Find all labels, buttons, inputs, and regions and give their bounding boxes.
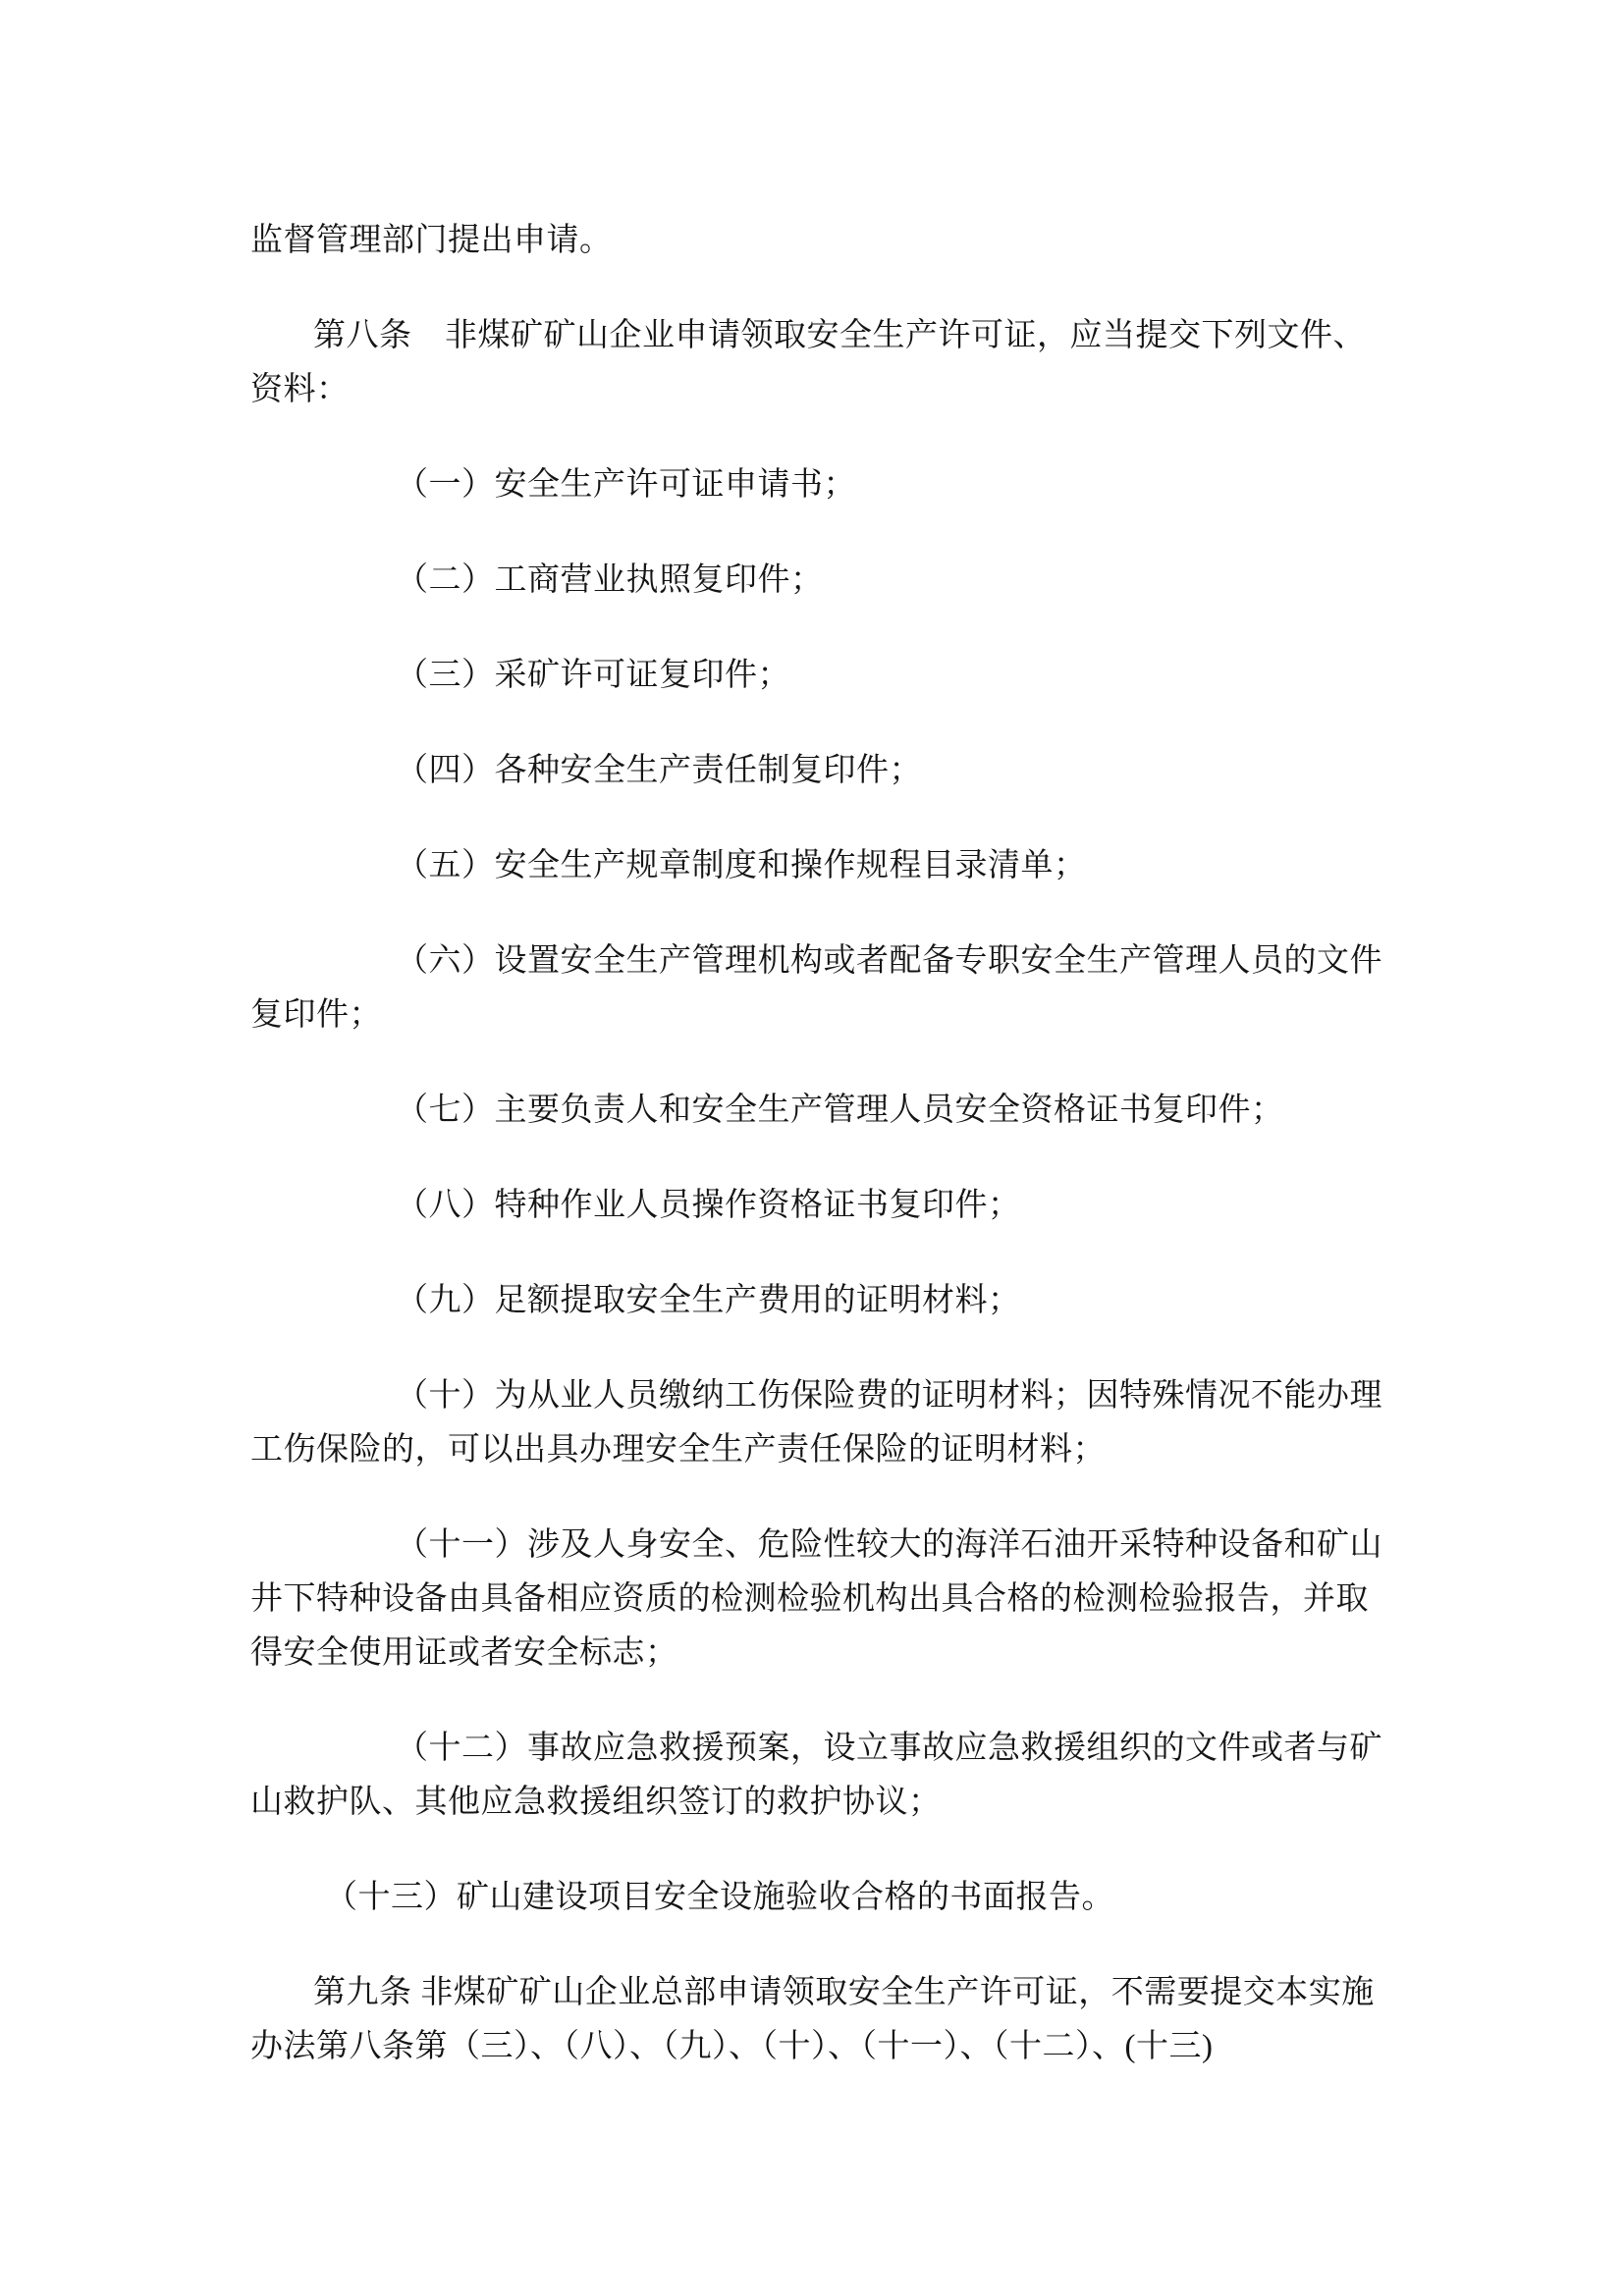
text-line: 得安全使用证或者安全标志；: [250, 1627, 1419, 1681]
paragraph: 第八条 非煤矿矿山企业申请领取安全生产许可证，应当提交下列文件、资料：: [250, 309, 1419, 417]
text-line: （十一）涉及人身安全、危险性较大的海洋石油开采特种设备和矿山: [250, 1519, 1419, 1573]
paragraph: （七）主要负责人和安全生产管理人员安全资格证书复印件；: [250, 1084, 1419, 1138]
paragraph: （十一）涉及人身安全、危险性较大的海洋石油开采特种设备和矿山井下特种设备由具备相…: [250, 1519, 1419, 1681]
text-line: 第八条 非煤矿矿山企业申请领取安全生产许可证，应当提交下列文件、: [250, 309, 1419, 363]
paragraph: （六）设置安全生产管理机构或者配备专职安全生产管理人员的文件复印件；: [250, 934, 1419, 1042]
document-page: 监督管理部门提出申请。第八条 非煤矿矿山企业申请领取安全生产许可证，应当提交下列…: [0, 0, 1624, 2296]
paragraph: （三）采矿许可证复印件；: [250, 649, 1419, 703]
paragraph: （十）为从业人员缴纳工伤保险费的证明材料；因特殊情况不能办理工伤保险的，可以出具…: [250, 1369, 1419, 1477]
paragraph: （十三）矿山建设项目安全设施验收合格的书面报告。: [250, 1871, 1419, 1925]
text-line: （六）设置安全生产管理机构或者配备专职安全生产管理人员的文件: [250, 934, 1419, 988]
paragraph: （九）足额提取安全生产费用的证明材料；: [250, 1274, 1419, 1328]
paragraph: （十二）事故应急救援预案，设立事故应急救援组织的文件或者与矿山救护队、其他应急救…: [250, 1722, 1419, 1830]
text-line: 资料：: [250, 363, 1419, 417]
paragraph: （五）安全生产规章制度和操作规程目录清单；: [250, 839, 1419, 893]
paragraph: （八）特种作业人员操作资格证书复印件；: [250, 1179, 1419, 1233]
text-line: 山救护队、其他应急救援组织签订的救护协议；: [250, 1776, 1419, 1830]
text-line: 第九条 非煤矿矿山企业总部申请领取安全生产许可证，不需要提交本实施: [250, 1966, 1419, 2020]
text-line: 井下特种设备由具备相应资质的检测检验机构出具合格的检测检验报告，并取: [250, 1573, 1419, 1627]
text-line: 监督管理部门提出申请。: [250, 214, 1419, 268]
text-line: （十二）事故应急救援预案，设立事故应急救援组织的文件或者与矿: [250, 1722, 1419, 1776]
paragraph: （二）工商营业执照复印件；: [250, 554, 1419, 608]
text-line: （一）安全生产许可证申请书；: [250, 458, 1419, 512]
text-line: （十三）矿山建设项目安全设施验收合格的书面报告。: [250, 1871, 1419, 1925]
paragraph: （一）安全生产许可证申请书；: [250, 458, 1419, 512]
text-line: （十）为从业人员缴纳工伤保险费的证明材料；因特殊情况不能办理: [250, 1369, 1419, 1423]
text-line: （四）各种安全生产责任制复印件；: [250, 744, 1419, 798]
text-line: 复印件；: [250, 988, 1419, 1042]
text-line: 工伤保险的，可以出具办理安全生产责任保险的证明材料；: [250, 1423, 1419, 1477]
paragraph: （四）各种安全生产责任制复印件；: [250, 744, 1419, 798]
text-line: （五）安全生产规章制度和操作规程目录清单；: [250, 839, 1419, 893]
text-line: （八）特种作业人员操作资格证书复印件；: [250, 1179, 1419, 1233]
text-line: （七）主要负责人和安全生产管理人员安全资格证书复印件；: [250, 1084, 1419, 1138]
paragraph: 第九条 非煤矿矿山企业总部申请领取安全生产许可证，不需要提交本实施办法第八条第（…: [250, 1966, 1419, 2074]
paragraph: 监督管理部门提出申请。: [250, 214, 1419, 268]
text-line: 办法第八条第（三）、（八）、（九）、（十）、（十一）、（十二）、(十三): [250, 2020, 1419, 2074]
text-line: （九）足额提取安全生产费用的证明材料；: [250, 1274, 1419, 1328]
text-line: （三）采矿许可证复印件；: [250, 649, 1419, 703]
text-line: （二）工商营业执照复印件；: [250, 554, 1419, 608]
document-content: 监督管理部门提出申请。第八条 非煤矿矿山企业申请领取安全生产许可证，应当提交下列…: [250, 214, 1419, 2074]
